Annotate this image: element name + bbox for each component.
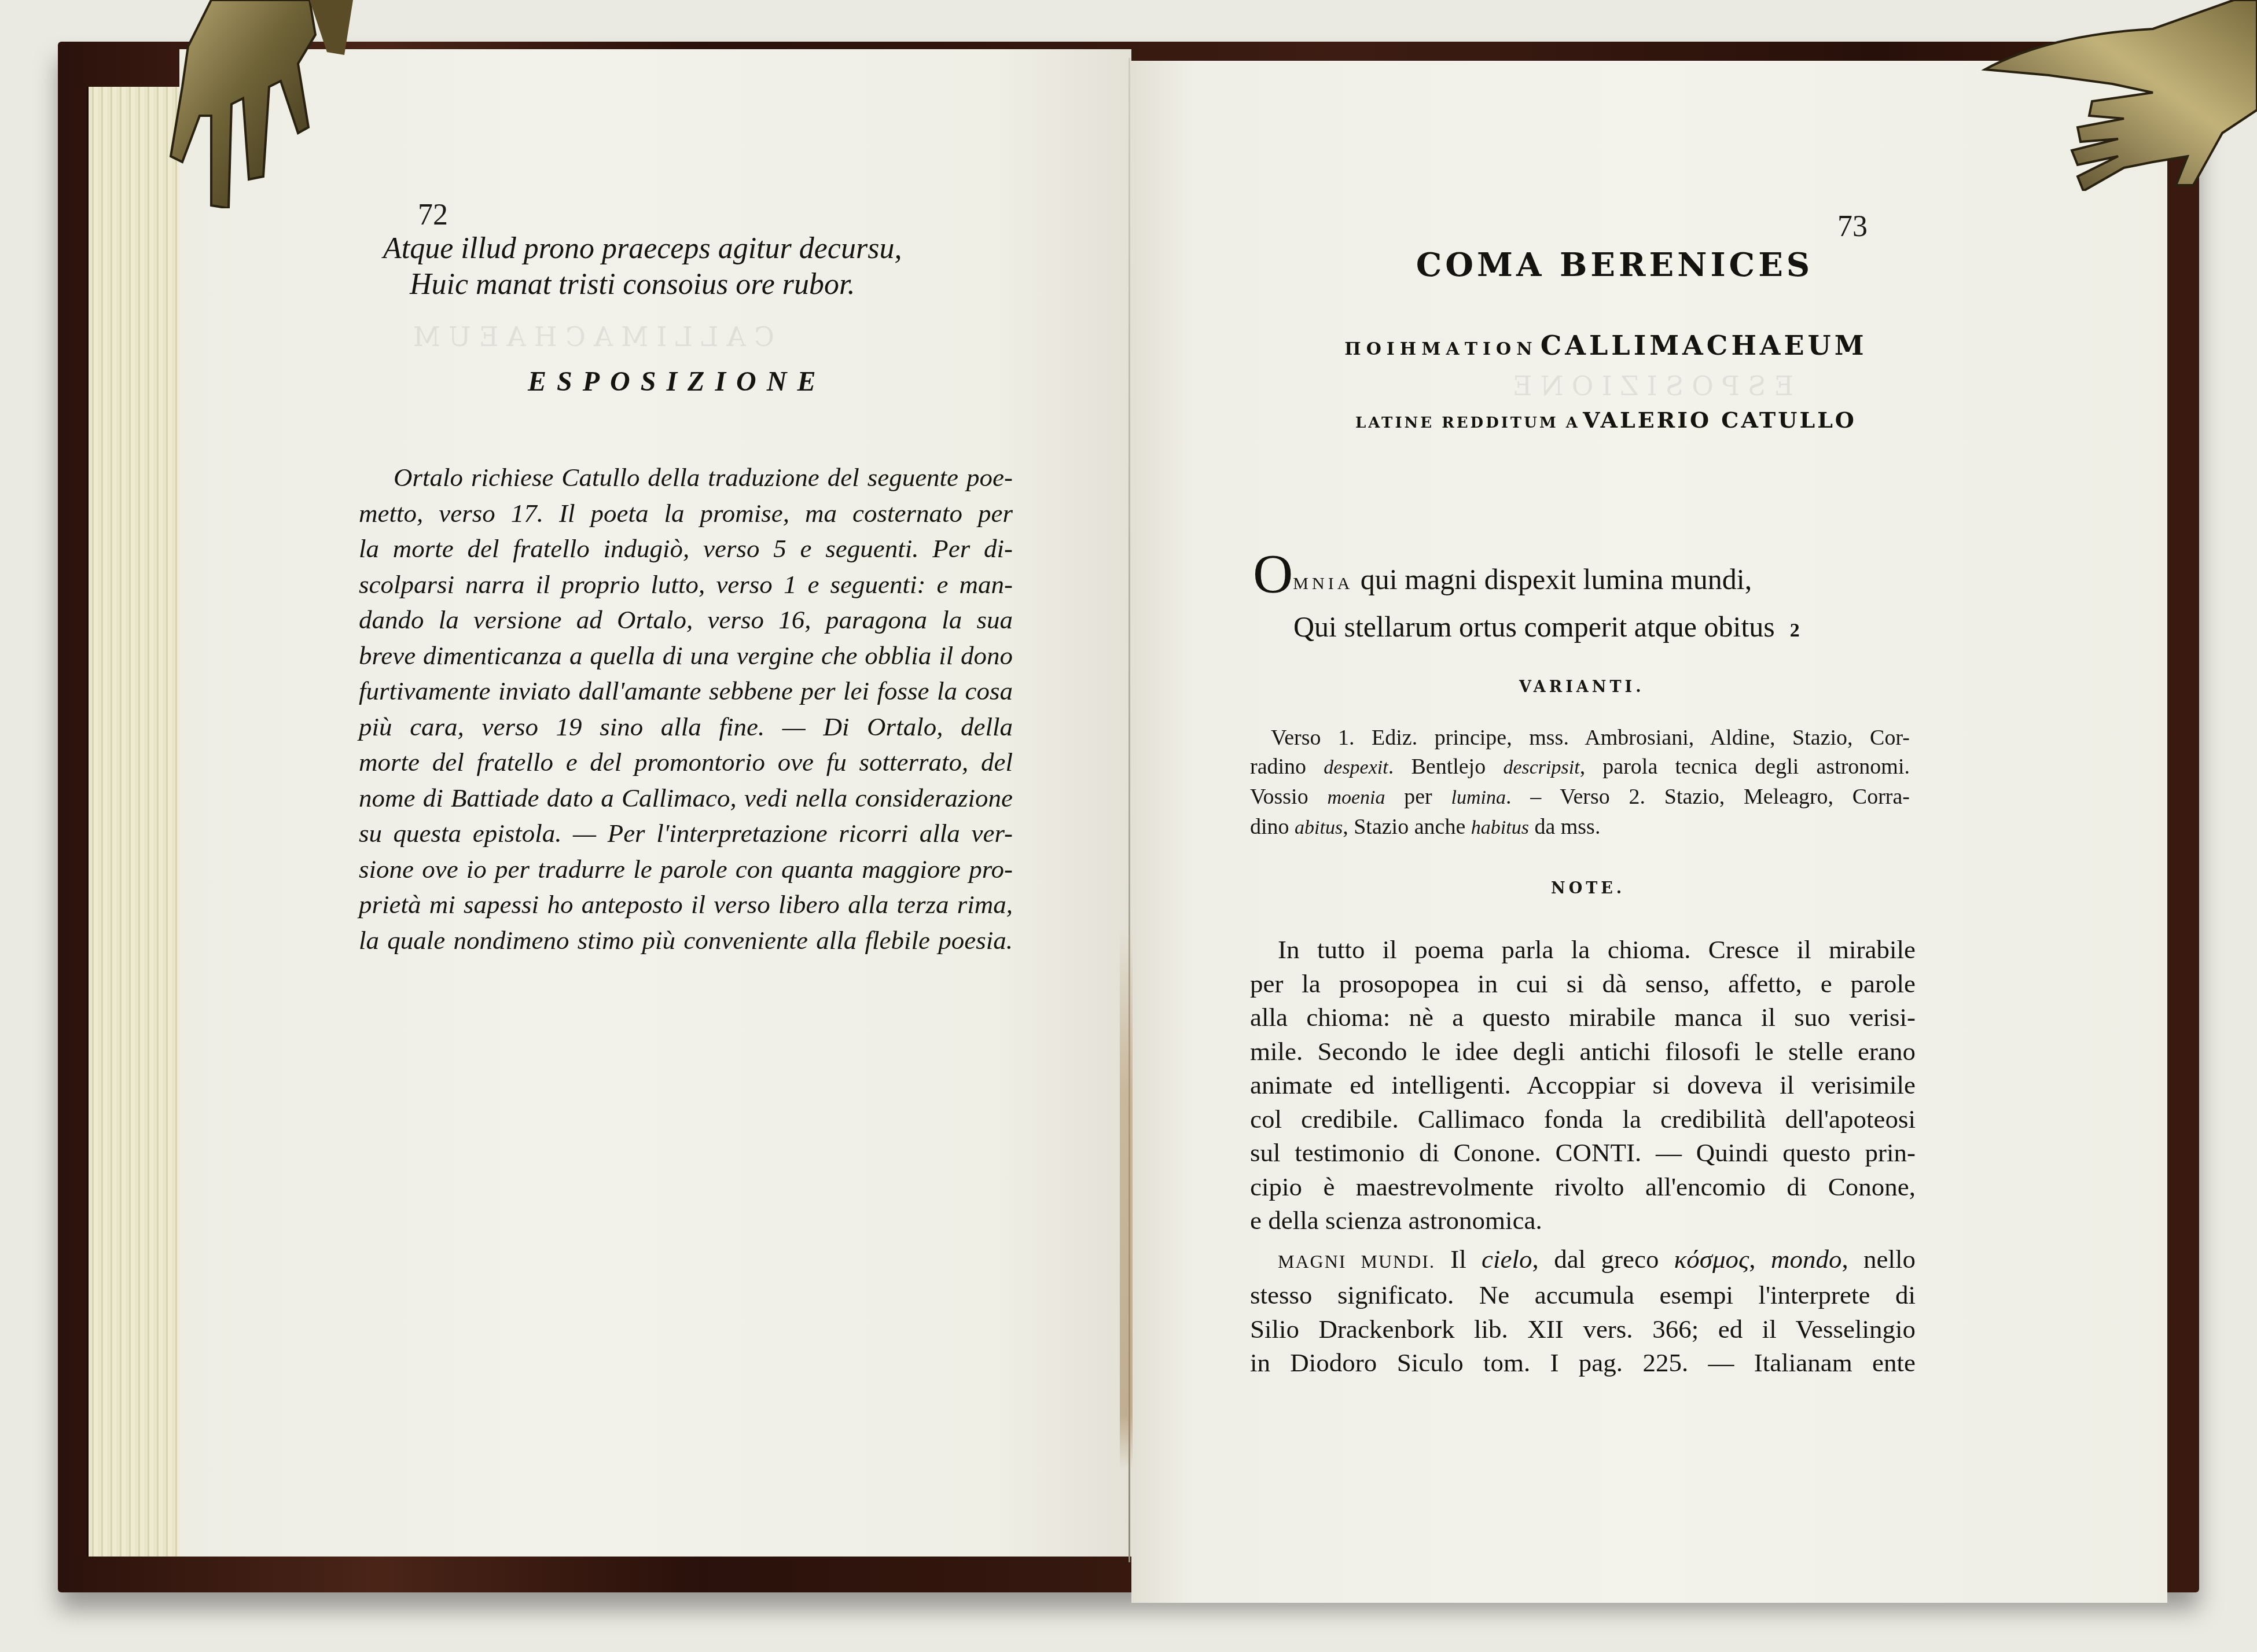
- poem-title: COMA BERENICES: [1372, 246, 1858, 284]
- text-line: stesso significato. Ne accumula esempi l…: [1250, 1278, 1916, 1312]
- text-line: per la prosopopea in cui si dà senso, af…: [1250, 967, 1916, 1001]
- text-line: alla chioma: nè a questo mirabile manca …: [1250, 1000, 1916, 1035]
- text-line: e della scienza astronomica.: [1250, 1204, 1916, 1238]
- text-line: sul testimonio di Conone. CONTI. — Quind…: [1250, 1136, 1916, 1170]
- subtitle-line: ΠΟΙΗΜΑΤΙΟΝ CALLIMACHAEUM: [1285, 330, 1927, 361]
- text-line: Ortalo richiese Catullo della traduzione…: [359, 460, 1013, 496]
- text-line: più cara, verso 19 sino alla fine. — Di …: [359, 709, 1013, 745]
- varianti-heading: VARIANTI.: [1519, 678, 1645, 696]
- brass-hand-right-icon: [1979, 0, 2257, 191]
- text-line: dando la versione ad Ortalo, verso 16, p…: [359, 602, 1013, 638]
- poem-verses: OMNIA qui magni dispexit lumina mundi, Q…: [1253, 553, 1918, 652]
- text-line: sione ove io per tradurre le parole con …: [359, 852, 1013, 888]
- bleed-through-right: ESPOSIZIONE: [1505, 370, 1793, 402]
- text-line: cipio è maestrevolmente rivolto all'enco…: [1250, 1170, 1916, 1204]
- text-line: la quale nondimeno stimo più conveniente…: [359, 923, 1013, 959]
- subtitle-greek: ΠΟΙΗΜΑΤΙΟΝ: [1344, 339, 1537, 359]
- esposizione-body: Ortalo richiese Catullo della traduzione…: [359, 460, 1013, 958]
- text-line: in Diodoro Siculo tom. I pag. 225. — Ita…: [1250, 1346, 1916, 1380]
- verse-line: Atque illud prono praeceps agitur decurs…: [383, 231, 902, 266]
- verse-line: Huic manat tristi consoius ore rubor.: [410, 267, 855, 302]
- gutter-stain: [1120, 926, 1133, 1470]
- note-heading: NOTE.: [1551, 880, 1625, 897]
- attribution-line: LATINE REDDITUM A VALERIO CATULLO: [1314, 407, 1898, 433]
- text-line: la morte del fratello indugiò, verso 5 e…: [359, 531, 1013, 567]
- text-line: dino abitus, Stazio anche habitus da mss…: [1250, 812, 1910, 842]
- poem-line-1: OMNIA qui magni dispexit lumina mundi,: [1253, 553, 1918, 605]
- text-line: morte del fratello e del promontorio ove…: [359, 745, 1013, 781]
- text-line: col credibile. Callimaco fonda la credib…: [1250, 1102, 1916, 1136]
- text-line: furtivamente inviato dall'amante sebbene…: [359, 674, 1013, 709]
- text-line: mile. Secondo le idee degli antichi filo…: [1250, 1035, 1916, 1069]
- verse-text: Qui stellarum ortus comperit atque obitu…: [1293, 610, 1775, 643]
- line-number: 2: [1790, 620, 1800, 641]
- page-number-right: 73: [1837, 209, 1868, 244]
- page-block-edge: [87, 87, 184, 1557]
- verse-text: qui magni dispexit lumina mundi,: [1353, 563, 1752, 595]
- note-body: In tutto il poema parla la chioma. Cresc…: [1250, 933, 1916, 1380]
- varianti-body: Verso 1. Ediz. principe, mss. Ambrosiani…: [1250, 723, 1910, 842]
- text-line: animate ed intelligenti. Accoppiar si do…: [1250, 1068, 1916, 1102]
- poem-line-2: Qui stellarum ortus comperit atque obitu…: [1253, 605, 1918, 652]
- text-line: breve dimenticanza a quella di una vergi…: [359, 638, 1013, 674]
- text-line: MAGNI MUNDI. Il cielo, dal greco κόσμος,…: [1250, 1242, 1916, 1279]
- page-number-left: 72: [418, 198, 448, 232]
- attribution-author: VALERIO CATULLO: [1583, 407, 1857, 433]
- text-line: metto, verso 17. Il poeta la promise, ma…: [359, 496, 1013, 532]
- text-line: prietà mi sapessi ho anteposto il verso …: [359, 887, 1013, 923]
- section-heading-esposizione: ESPOSIZIONE: [528, 366, 826, 398]
- text-line: In tutto il poema parla la chioma. Cresc…: [1250, 933, 1916, 967]
- text-line: Vossio moenia per lumina. – Verso 2. Sta…: [1250, 782, 1910, 812]
- lemma: MAGNI MUNDI.: [1278, 1251, 1435, 1272]
- small-caps: MNIA: [1293, 574, 1353, 593]
- attribution-small: LATINE REDDITUM A: [1355, 414, 1580, 432]
- text-line: Silio Drackenbork lib. XII vers. 366; ed…: [1250, 1312, 1916, 1346]
- text-line: radino despexit. Bentlejo descripsit, pa…: [1250, 752, 1910, 782]
- text-line: nome di Battiade dato a Callimaco, vedi …: [359, 781, 1013, 816]
- subtitle-latin: CALLIMACHAEUM: [1541, 330, 1868, 361]
- text-line: Verso 1. Ediz. principe, mss. Ambrosiani…: [1250, 723, 1910, 752]
- bleed-through-left: CALLIMACHAEUM: [405, 321, 774, 352]
- text-line: scolparsi narra il proprio lutto, verso …: [359, 567, 1013, 603]
- greek-word: κόσμος: [1674, 1245, 1749, 1274]
- drop-cap: O: [1253, 543, 1293, 605]
- brass-hand-left-icon: [124, 0, 367, 208]
- text-line: su questa epistola. — Per l'interpretazi…: [359, 816, 1013, 852]
